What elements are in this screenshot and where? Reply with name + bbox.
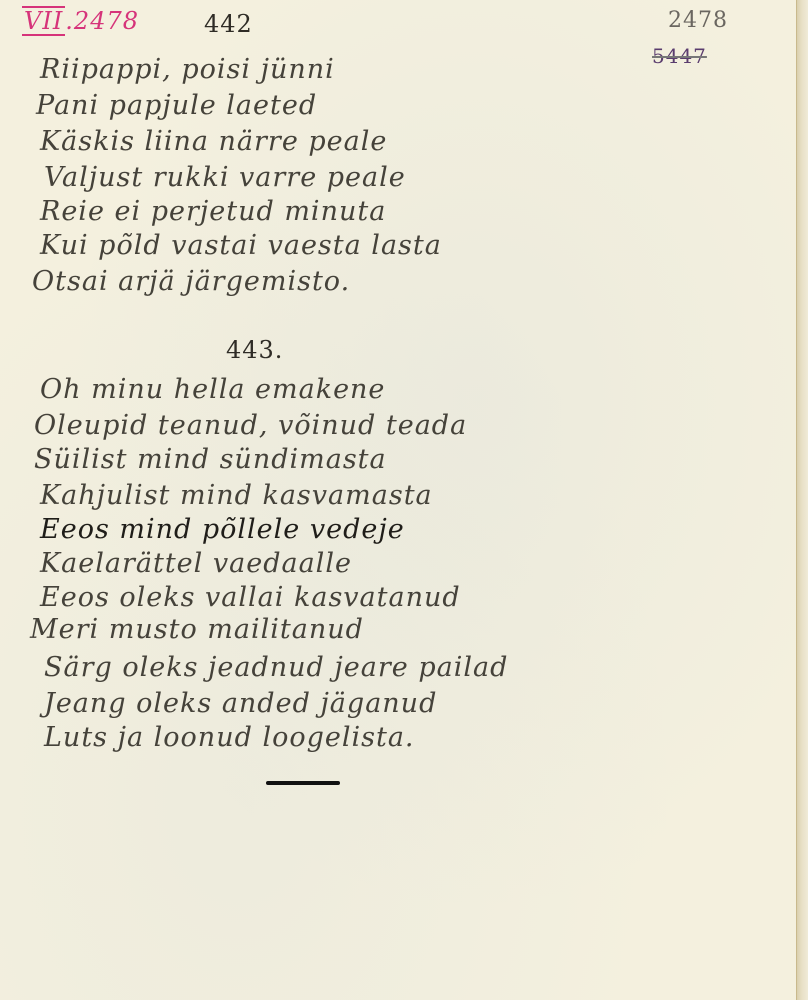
verse-line: Särg oleks jeadnud jeare pailad: [44, 650, 508, 686]
verse-line: Riipappi, poisi jünni: [40, 52, 335, 88]
verse-line: Eeos oleks vallai kasvatanud: [40, 580, 461, 616]
verse-line: Oh minu hella emakene: [40, 372, 385, 408]
verse-line: Jeang oleks anded jäganud: [44, 686, 437, 722]
manuscript-page: VII.2478 2478 5447 442 Riipappi, poisi j…: [0, 0, 796, 1000]
verse-line: Eeos mind põllele vedeje: [40, 512, 405, 548]
archive-number: .2478: [65, 7, 139, 35]
verse-line: Otsai arjä järgemisto.: [32, 264, 350, 300]
page-number: 2478: [668, 8, 728, 33]
verse-line: Kahjulist mind kasvamasta: [40, 478, 433, 514]
archive-id-stamp: VII.2478: [22, 6, 139, 36]
page-edge: [796, 0, 808, 1000]
verse-line: Reie ei perjetud minuta: [40, 194, 386, 230]
archive-volume: VII: [22, 6, 65, 36]
song-number: 442: [204, 10, 253, 38]
verse-line: Süilist mind sündimasta: [34, 442, 387, 478]
verse-line: Valjust rukki varre peale: [44, 160, 406, 196]
verse-line: Käskis liina närre peale: [40, 124, 387, 160]
verse-line: Kui põld vastai vaesta lasta: [40, 228, 442, 264]
verse-line: Luts ja loonud loogelista.: [44, 720, 415, 756]
verse-line: Pani papjule laeted: [36, 88, 317, 124]
verse-line: Meri musto mailitanud: [30, 612, 364, 648]
struck-page-number: 5447: [652, 44, 707, 68]
verse-line: Kaelarättel vaedaalle: [40, 546, 352, 582]
verse-line: Oleupid teanud, võinud teada: [34, 408, 467, 444]
end-divider-line: [266, 781, 340, 785]
song-number: 443.: [226, 336, 283, 364]
